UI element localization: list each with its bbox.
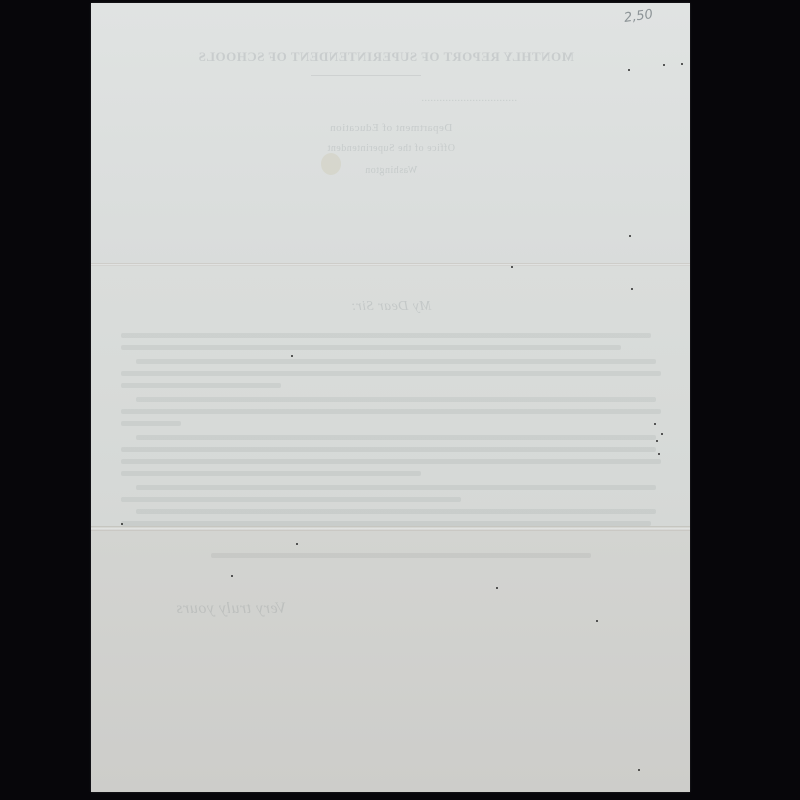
top-panel [91,3,690,265]
heading-rule [311,75,421,76]
fold-line-upper [91,263,690,266]
fold-line-lower [91,526,690,531]
bleed-location: Washington [241,165,541,176]
bleed-department: Department of Education [241,122,541,134]
document-page: MONTHLY REPORT OF SUPERINTENDENT OF SCHO… [91,3,690,792]
bleed-heading: MONTHLY REPORT OF SUPERINTENDENT OF SCHO… [151,49,621,65]
bleed-salutation: My Dear Sir: [291,299,491,315]
bleed-signature: Very truly yours [131,600,331,618]
bottom-panel [91,530,690,792]
bleed-dateline: ................................ [421,93,517,104]
bleed-address: Office of the Superintendent [241,143,541,154]
